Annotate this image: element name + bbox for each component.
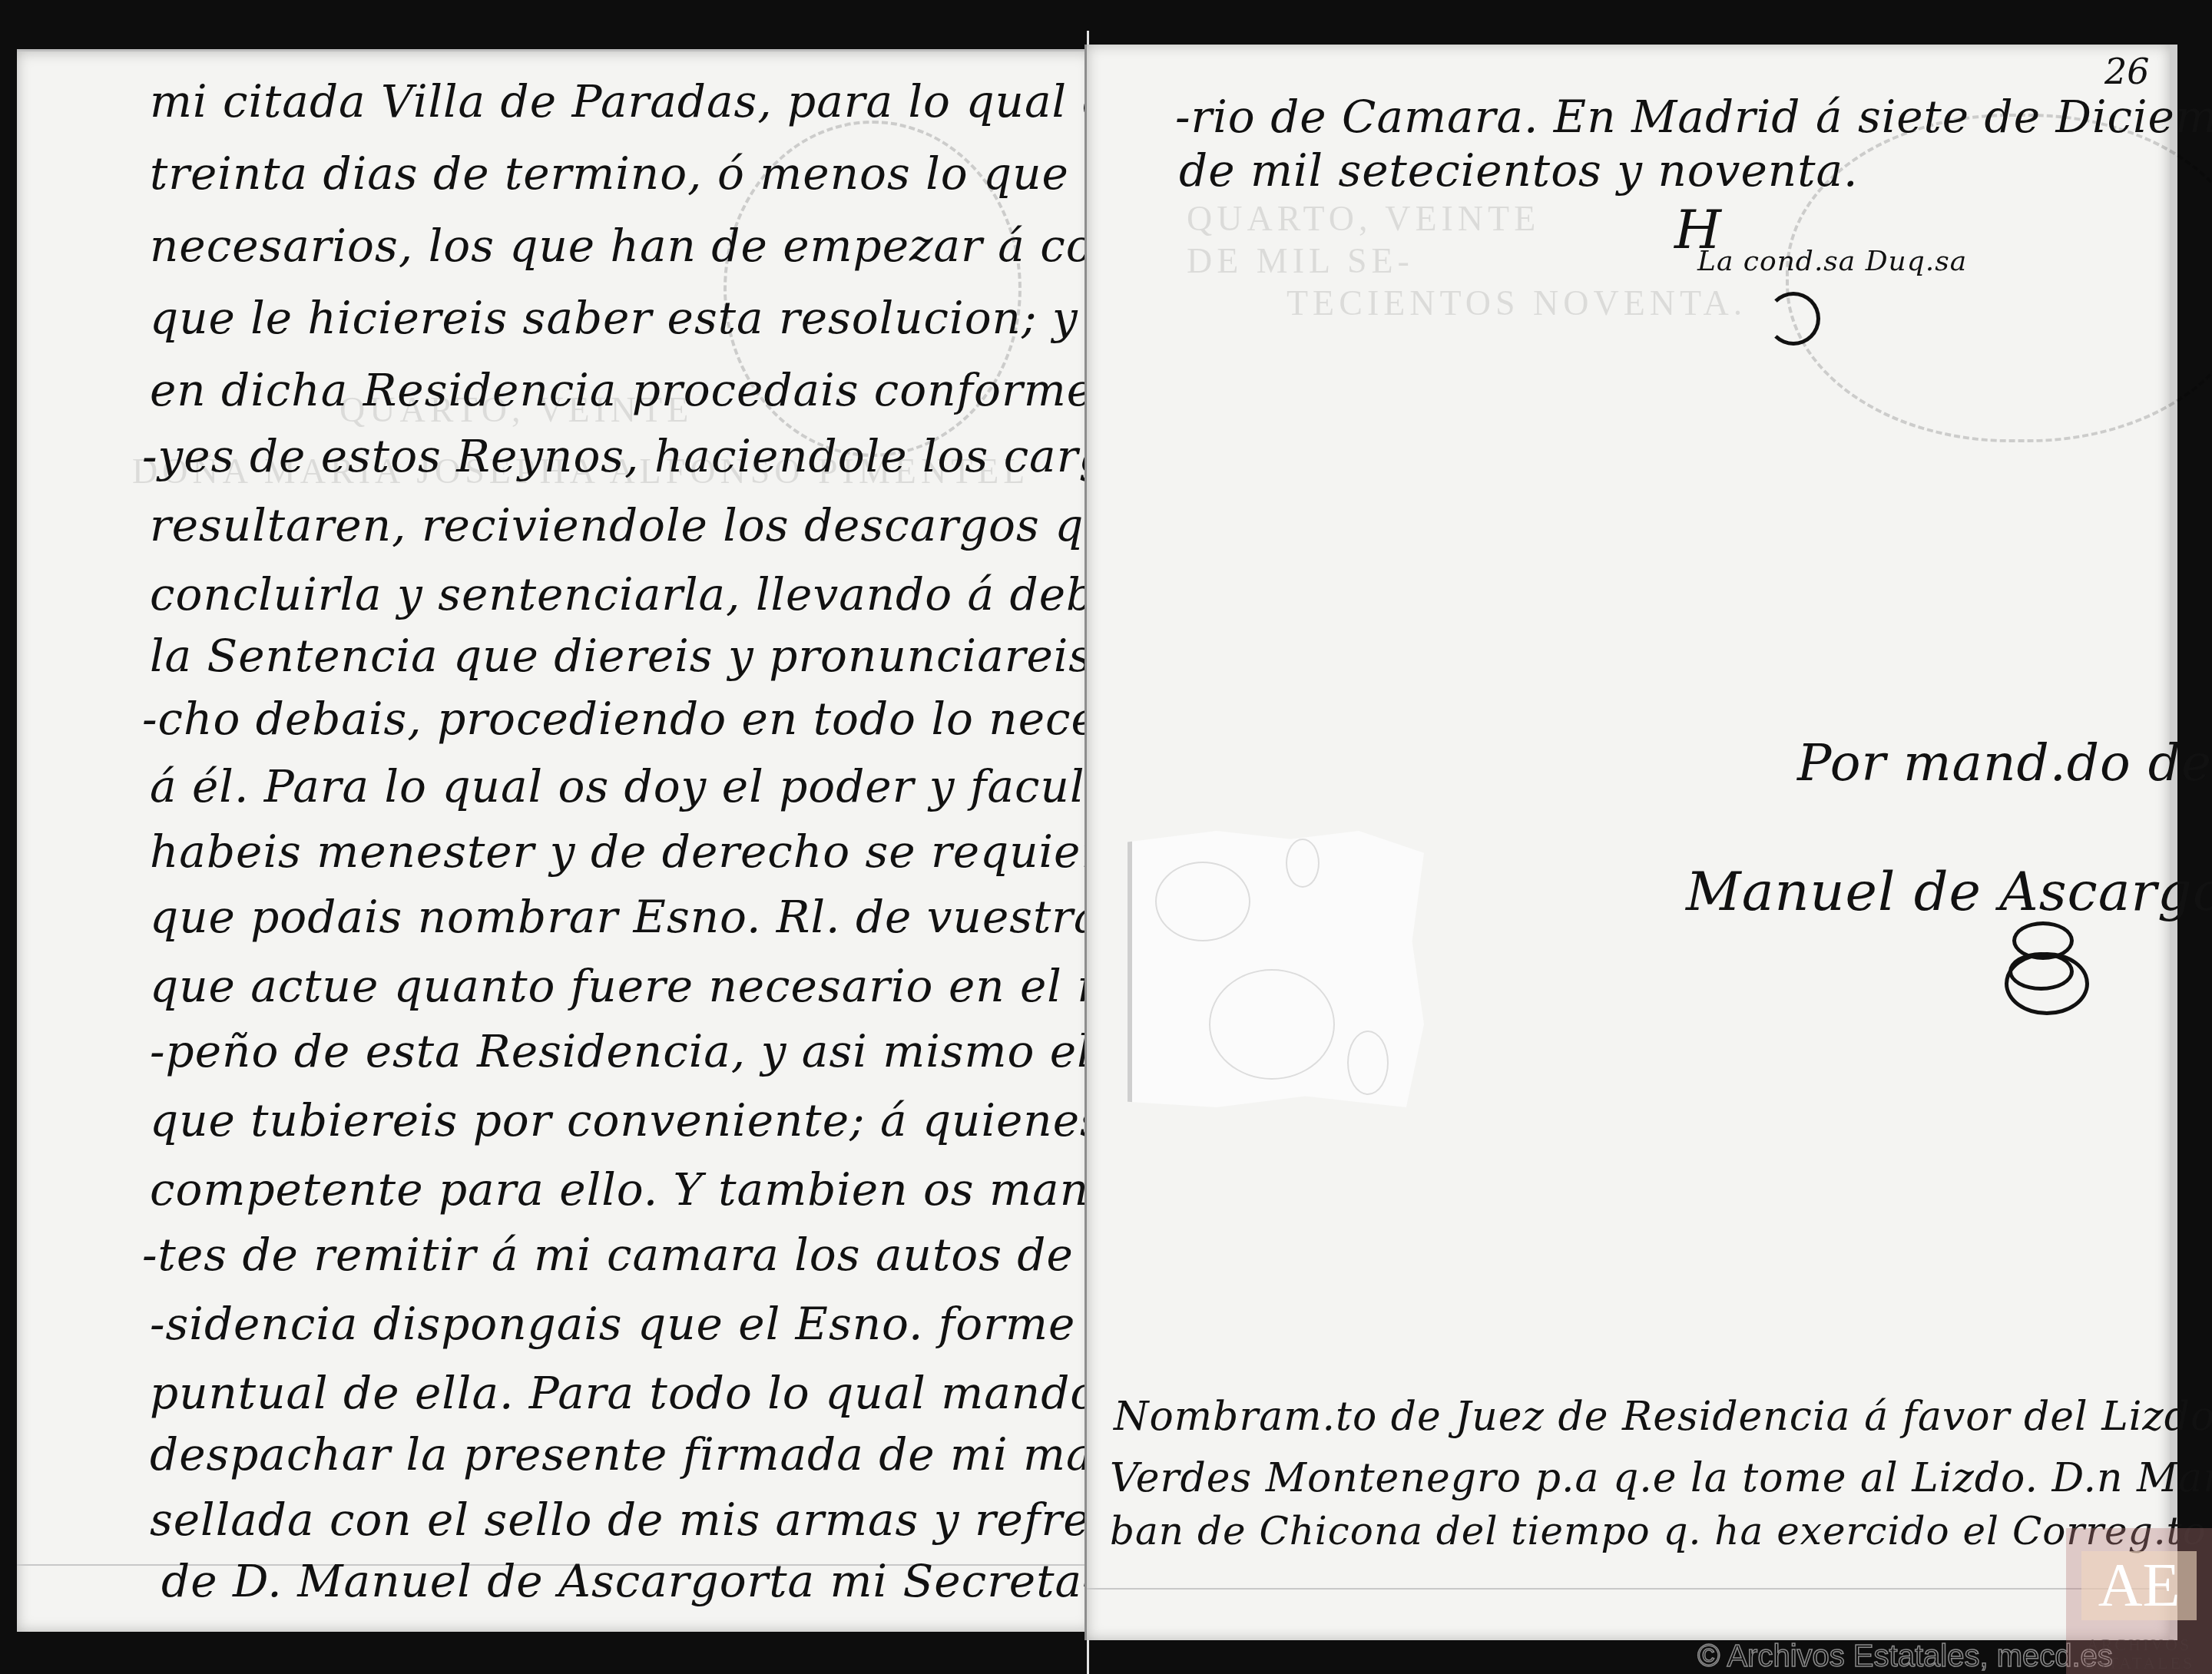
archive-logo-subtext: ARCHIVOS ESTATALES <box>2074 1636 2204 1672</box>
manuscript-line: despachar la presente firmada de mi mano <box>150 1428 1151 1480</box>
manuscript-line: puntual de ella. Para todo lo qual mando <box>150 1367 1098 1419</box>
signature: Manuel de Ascargorta <box>1686 860 2212 923</box>
manuscript-line: -rio de Camara. En Madrid á siete de Dic… <box>1175 91 2212 143</box>
patch-texture <box>1286 839 1320 888</box>
countersign-text: Por mand.do de S.E. <box>1797 733 2212 792</box>
paper-repair-patch <box>1128 831 1424 1107</box>
rubric-flourish-icon <box>1767 292 1820 346</box>
stamp-bleed-text: DE MIL SE- <box>1187 240 1414 281</box>
endorsement-line: Verdes Montenegro p.a q.e la tome al Liz… <box>1110 1455 2212 1501</box>
stamp-bleed-text: TECIENTOS NOVENTA. <box>1286 283 1747 323</box>
folio-number: 26 <box>2104 51 2150 92</box>
endorsement-line: Nombram.to de Juez de Residencia á favor… <box>1114 1394 2212 1440</box>
stamp-bleed-text: QUARTO, VEINTE <box>1187 198 1540 239</box>
patch-texture <box>1347 1031 1389 1095</box>
endorsement-line: ban de Chicona del tiempo q. ha exercido… <box>1110 1509 2212 1553</box>
initials-text: La cond.sa Duq.sa <box>1697 246 1967 277</box>
copyright-watermark: © Archivos Estatales, mecd.es <box>1697 1639 2113 1674</box>
patch-texture <box>1155 862 1250 941</box>
manuscript-line: de D. Manuel de Ascargorta mi Secreta- <box>161 1555 1098 1607</box>
rubric-flourish-icon <box>2005 952 2089 1015</box>
manuscript-line: de mil setecientos y noventa. <box>1179 144 1859 197</box>
archive-logo: AE ARCHIVOS ESTATALES <box>2066 1528 2212 1674</box>
page-fold-line <box>1087 1588 2170 1590</box>
patch-texture <box>1209 969 1335 1080</box>
archive-logo-letters: AE <box>2081 1551 2197 1620</box>
manuscript-line: sellada con el sello de mis armas y refr… <box>150 1494 1233 1546</box>
